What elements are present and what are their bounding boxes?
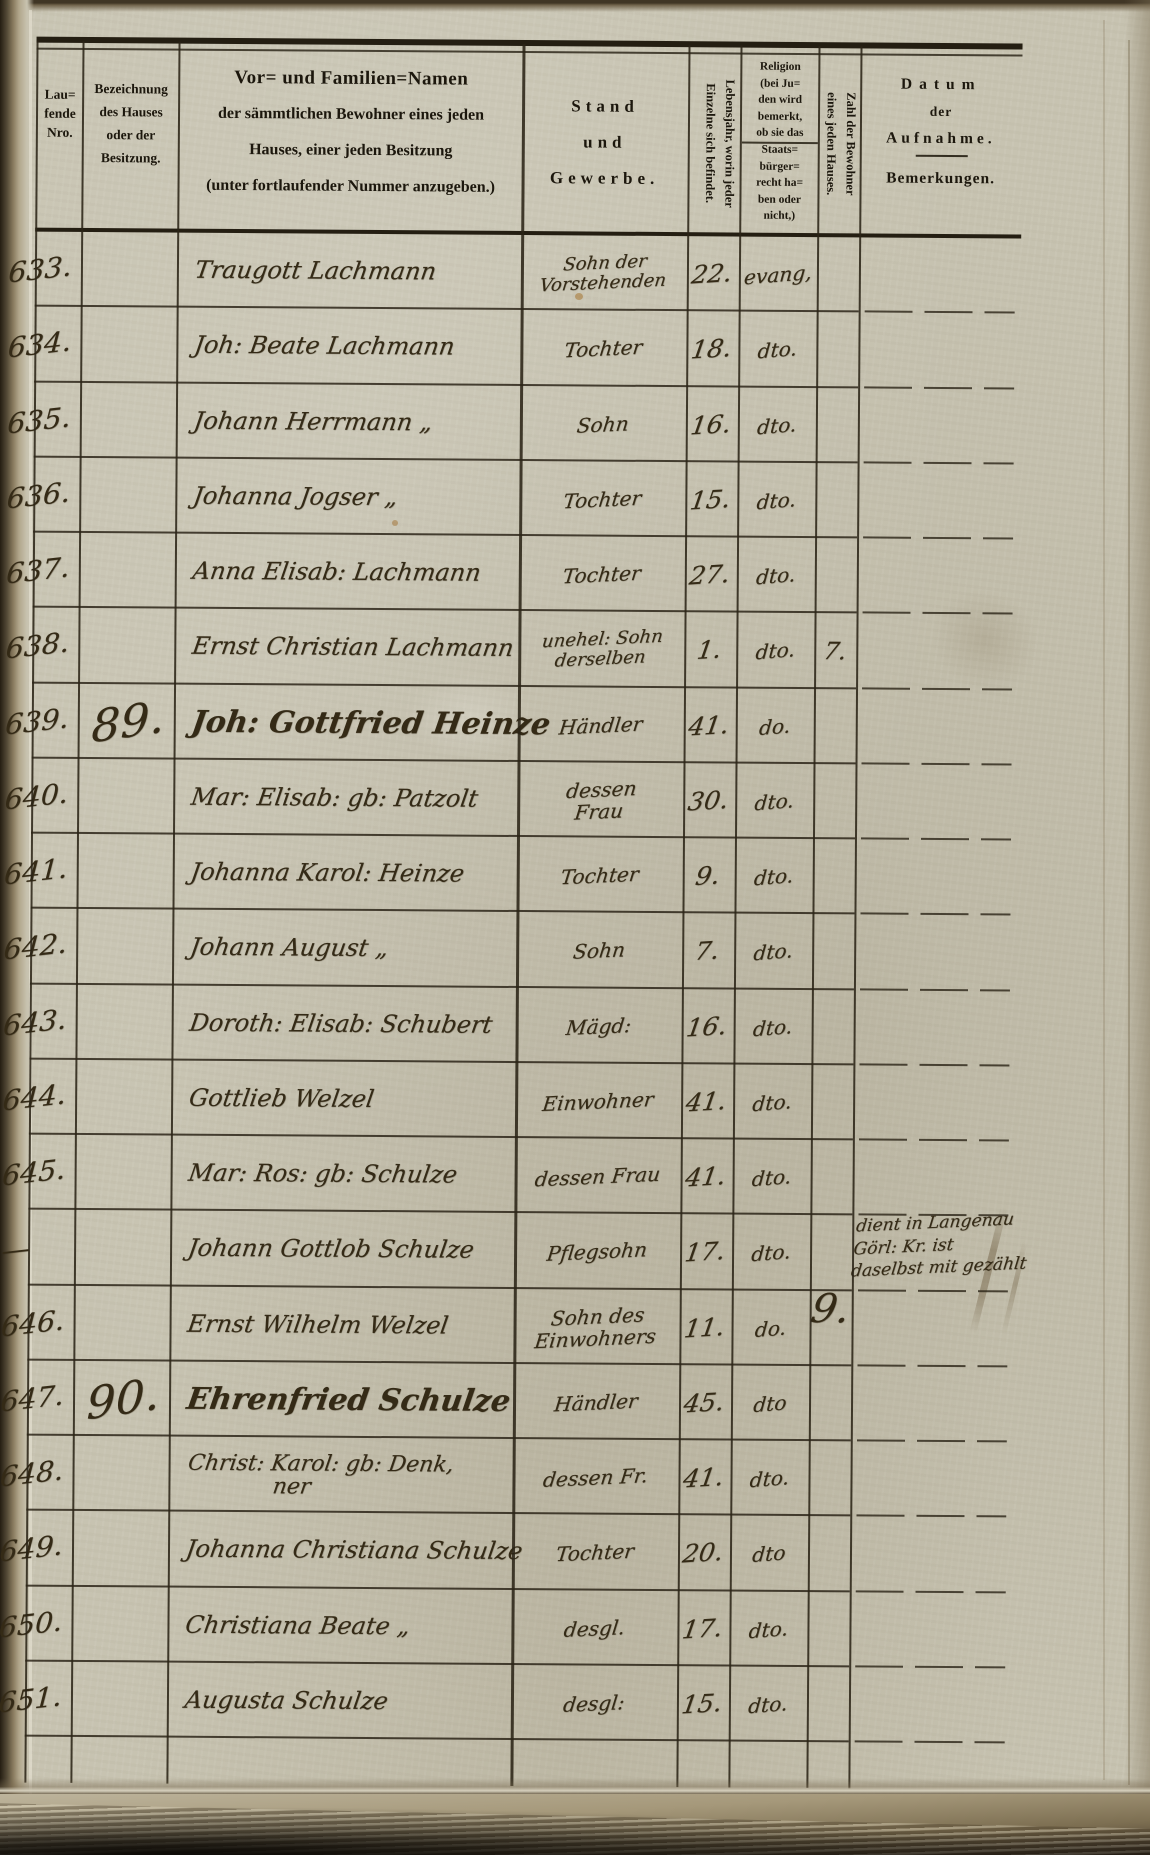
page-bottom-curl <box>0 1778 1150 1794</box>
house-number-cell <box>77 526 180 615</box>
name-cell: Doroth: Elisab: Schubert <box>170 985 533 1063</box>
row-number-cell: 639. <box>0 679 83 763</box>
religion-cell: dto. <box>729 1137 814 1218</box>
house-number-cell <box>78 376 181 465</box>
name-cell: Ernst Wilhelm Welzel <box>168 1286 531 1364</box>
house-number-cell <box>73 1053 176 1142</box>
religion-cell: dto. <box>730 986 815 1067</box>
remark-cell <box>855 460 1023 542</box>
remark-cell <box>854 535 1022 617</box>
name-cell: Ehrenfried Schulze <box>168 1361 531 1439</box>
occupation-cell: Händler <box>510 1361 682 1443</box>
remark-cell <box>856 234 1024 316</box>
occupation-cell: Tochter <box>514 834 686 916</box>
name-cell: Johann Herrmann „ <box>174 383 537 461</box>
text-line: Tochter <box>560 862 640 887</box>
religion-cell: dto <box>727 1513 812 1594</box>
text-line: Tochter <box>562 561 642 586</box>
occupation-cell: Tochter <box>517 458 689 540</box>
text-line: Johanna Christiana Schulze <box>184 1537 524 1565</box>
name-cell: Augusta Schulze <box>165 1662 528 1740</box>
text-line: Sohn <box>572 938 626 962</box>
name-cell: Johanna Christiana Schulze <box>166 1512 529 1590</box>
remark-cell <box>848 1438 1016 1520</box>
remark-cell <box>847 1589 1015 1671</box>
row-number-cell: 633. <box>0 227 86 311</box>
book-bottom-shadow <box>0 1800 1150 1855</box>
house-number-cell <box>72 1204 175 1293</box>
text-line: dessen <box>565 776 638 801</box>
remark-cell <box>849 1288 1017 1370</box>
text-line: Einwohner <box>541 1087 654 1114</box>
text-line: Joh: Beate Lachmann <box>193 333 457 360</box>
religion-cell: do. <box>732 685 817 766</box>
occupation-cell: dessenFrau <box>514 759 686 841</box>
religion-cell: dto. <box>735 309 820 390</box>
religion-cell: dto. <box>726 1588 811 1669</box>
text-line: Doroth: Elisab: Schubert <box>188 1010 494 1037</box>
text-line: derselben <box>554 647 647 671</box>
text-line: Gottlieb Welzel <box>187 1086 375 1112</box>
religion-cell: dto. <box>729 1212 814 1293</box>
text-line: Christiana Beate „ <box>184 1612 412 1639</box>
occupation-cell: unehel: Sohnderselben <box>515 608 687 690</box>
religion-cell: evang, <box>736 234 821 315</box>
text-line: Johann Gottlob Schulze <box>186 1236 475 1263</box>
occupation-cell: Pflegsohn <box>511 1210 683 1292</box>
house-number-cell: 90. <box>71 1354 174 1443</box>
occupation-cell: Tochter <box>516 533 688 615</box>
house-number-cell <box>69 1655 172 1744</box>
text-line: desgl: <box>562 1691 626 1716</box>
name-cell: Mar: Elisab: gb: Patzolt <box>172 759 535 837</box>
text-line: Joh: Gottfried Heinze <box>189 706 552 740</box>
religion-cell: dto <box>728 1363 813 1444</box>
row-number-cell: 644. <box>0 1055 80 1139</box>
row-number-cell: 636. <box>0 453 84 537</box>
remark-cell <box>850 1062 1018 1144</box>
name-cell: Johann August „ <box>171 910 534 988</box>
text-line: ner <box>183 1474 312 1498</box>
row-number-cell: 648. <box>0 1431 77 1515</box>
religion-cell: dto. <box>733 535 818 616</box>
name-cell: Johann Gottlob Schulze <box>169 1211 532 1289</box>
text-line: Johanna Karol: Heinze <box>189 860 466 887</box>
text-line: Pflegsohn <box>546 1238 649 1264</box>
text-line: dessen Fr. <box>542 1464 649 1491</box>
text-line: Frau <box>573 799 624 823</box>
religion-cell: dto. <box>735 384 820 465</box>
text-line: dessen Frau <box>534 1162 662 1190</box>
occupation-cell: desgl: <box>508 1662 680 1744</box>
name-cell: Gottlieb Welzel <box>170 1060 533 1138</box>
house-number-cell <box>70 1580 173 1669</box>
text-line: Johanna Jogser „ <box>192 484 400 511</box>
table-row: 651. Augusta Schulze desgl: 15. dto. <box>0 1661 1139 1744</box>
remark-cell <box>853 611 1021 693</box>
register-document-page: Lau=fendeNro. Bezeichnungdes Hausesoder … <box>0 0 1150 1855</box>
row-number-cell: 635. <box>0 378 85 462</box>
name-cell: Joh: Beate Lachmann <box>175 308 538 386</box>
row-number-cell: 637. <box>0 528 84 612</box>
row-number-cell: 641. <box>0 829 82 913</box>
occupation-cell: dessen Fr. <box>510 1436 682 1518</box>
row-number-cell: 643. <box>0 980 81 1064</box>
text-line: Augusta Schulze <box>183 1687 390 1714</box>
text-line: Johann August „ <box>188 935 390 962</box>
row-number-cell: 646. <box>0 1281 78 1365</box>
remark-cell <box>847 1514 1015 1596</box>
religion-cell: dto. <box>731 836 816 917</box>
religion-cell: dto. <box>734 460 819 541</box>
remark-cell <box>851 987 1019 1069</box>
row-number-cell: 638. <box>0 604 83 688</box>
row-number-cell: 634. <box>0 303 85 387</box>
house-number-cell <box>71 1429 174 1518</box>
text-line: Tochter <box>562 486 642 511</box>
house-number-cell <box>74 978 177 1067</box>
text-line: Mägd: <box>565 1013 633 1038</box>
house-number-cell <box>78 451 181 540</box>
text-line: Mar: Elisab: gb: Patzolt <box>189 785 479 812</box>
remark-cell <box>856 310 1024 392</box>
text-line: Ernst Wilhelm Welzel <box>186 1311 450 1338</box>
row-number-cell: 649. <box>0 1507 77 1591</box>
remark-cell <box>853 686 1021 768</box>
text-line: Ernst Christian Lachmann <box>190 634 515 661</box>
text-line: Vorstehenden <box>538 270 667 295</box>
religion-cell: dto. <box>730 1062 815 1143</box>
house-number-cell <box>74 903 177 992</box>
occupation-cell: Tochter <box>509 1511 681 1593</box>
name-cell: Anna Elisab: Lachmann <box>173 534 536 612</box>
name-cell: Johanna Karol: Heinze <box>171 835 534 913</box>
text-line: Traugott Lachmann <box>193 258 438 285</box>
remark-cell <box>852 836 1020 918</box>
religion-cell: dto. <box>726 1664 811 1745</box>
name-cell: Traugott Lachmann <box>175 233 538 311</box>
occupation-cell: desgl. <box>509 1586 681 1668</box>
remark-cell: dient in LangenauGörl: Kr. istdaselbst m… <box>849 1205 1017 1287</box>
religion-cell: do. <box>728 1287 813 1368</box>
religion-cell: dto. <box>733 610 818 691</box>
occupation-cell: Sohn derVorstehenden <box>518 232 690 314</box>
row-number-cell: 640. <box>0 754 82 838</box>
text-line: desgl. <box>563 1615 626 1640</box>
remark-cell <box>855 385 1023 467</box>
name-cell: Christiana Beate „ <box>166 1587 529 1665</box>
occupation-cell: Einwohner <box>512 1060 684 1142</box>
row-number-cell: 650. <box>0 1582 76 1666</box>
row-number-cell: 645. <box>0 1130 79 1214</box>
house-number-cell <box>73 1128 176 1217</box>
house-number-cell <box>76 752 179 841</box>
name-cell: Mar: Ros: gb: Schulze <box>169 1136 532 1214</box>
row-number-cell: 651. <box>0 1657 76 1741</box>
house-number-cell <box>79 301 182 390</box>
remark-cell <box>848 1363 1016 1445</box>
house-number-cell <box>72 1279 175 1368</box>
row-number-cell: — <box>0 1206 79 1290</box>
remark-cell <box>852 761 1020 843</box>
religion-cell: dto. <box>727 1438 812 1519</box>
religion-cell: dto. <box>732 761 817 842</box>
house-number-cell: 89. <box>76 677 179 766</box>
text-line: Johann Herrmann „ <box>192 408 434 435</box>
text-line: Einwohners <box>533 1324 657 1351</box>
house-number-cell <box>79 225 182 314</box>
text-line: Christ: Karol: gb: Denk, <box>187 1451 456 1476</box>
remark-cell <box>846 1664 1014 1746</box>
occupation-cell: Sohn <box>517 382 689 464</box>
text-line: Ehrenfried Schulze <box>185 1383 513 1417</box>
name-cell: Joh: Gottfried Heinze <box>172 684 535 762</box>
occupation-cell: Sohn desEinwohners <box>511 1285 683 1367</box>
remark-cell <box>851 912 1019 994</box>
house-number-cell <box>75 827 178 916</box>
text-line: Tochter <box>563 336 643 361</box>
text-line: Tochter <box>555 1540 635 1565</box>
house-number-cell <box>70 1505 173 1594</box>
occupation-cell: Händler <box>515 683 687 765</box>
table-layer: Lau=fendeNro. Bezeichnungdes Hausesoder … <box>0 0 1150 1855</box>
religion-cell: dto. <box>731 911 816 992</box>
occupation-cell: Tochter <box>518 307 690 389</box>
text-line: Anna Elisab: Lachmann <box>191 559 483 586</box>
row-number-cell: 642. <box>0 905 81 989</box>
name-cell: Christ: Karol: gb: Denk,ner <box>167 1437 530 1515</box>
text-line: Händler <box>553 1389 639 1415</box>
text-line: Händler <box>558 712 644 738</box>
occupation-cell: Sohn <box>513 909 685 991</box>
occupation-cell: dessen Frau <box>512 1135 684 1217</box>
name-cell: Johanna Jogser „ <box>174 458 537 536</box>
occupation-cell: Mägd: <box>513 984 685 1066</box>
text-line: Sohn <box>576 412 630 436</box>
row-number-cell: 647. <box>0 1356 78 1440</box>
name-cell: Ernst Christian Lachmann <box>173 609 536 687</box>
house-number-cell <box>77 602 180 691</box>
text-line: Mar: Ros: gb: Schulze <box>187 1161 459 1188</box>
